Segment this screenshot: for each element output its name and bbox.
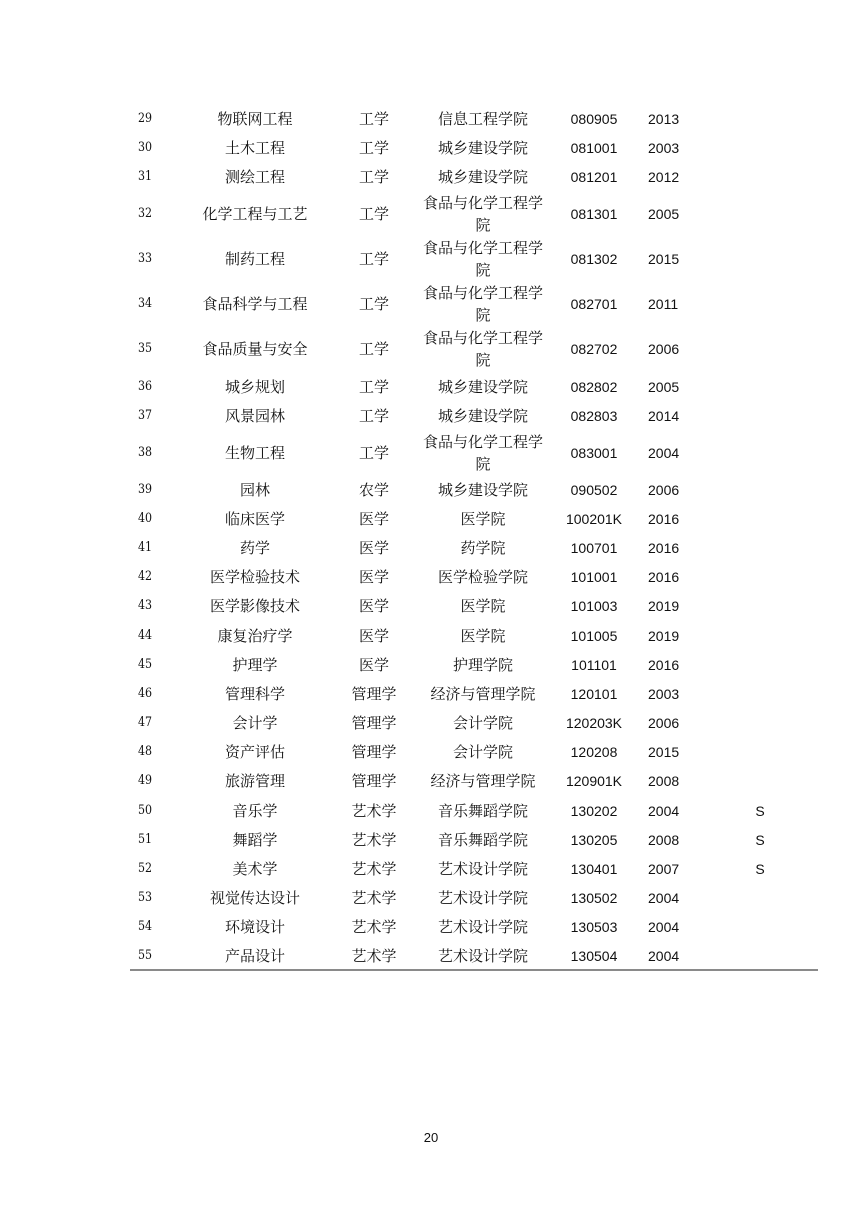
major-code: 081001 [558, 135, 630, 161]
table-row: 46 管理科学 管理学 经济与管理学院 120101 2003 [0, 681, 862, 707]
school-name: 食品与化学工程学院 [410, 237, 556, 281]
major-code: 082802 [558, 374, 630, 400]
row-number: 32 [138, 192, 172, 236]
discipline-category: 工学 [338, 135, 410, 161]
special-flag [740, 506, 780, 532]
start-year: 2019 [648, 623, 688, 649]
major-code: 100201K [558, 506, 630, 532]
school-name: 城乡建设学院 [410, 403, 556, 429]
table-row: 54 环境设计 艺术学 艺术设计学院 130503 2004 [0, 914, 862, 940]
row-number: 44 [138, 623, 172, 649]
major-code: 101003 [558, 593, 630, 619]
school-name: 艺术设计学院 [410, 943, 556, 969]
table-row: 37 风景园林 工学 城乡建设学院 082803 2014 [0, 403, 862, 429]
discipline-category: 艺术学 [338, 914, 410, 940]
major-name: 会计学 [175, 710, 335, 736]
major-name: 化学工程与工艺 [175, 192, 335, 236]
major-code: 082701 [558, 282, 630, 326]
school-name: 食品与化学工程学院 [410, 282, 556, 326]
start-year: 2012 [648, 164, 688, 190]
major-name: 风景园林 [175, 403, 335, 429]
row-number: 50 [138, 798, 172, 824]
row-number: 38 [138, 431, 172, 475]
school-name: 会计学院 [410, 710, 556, 736]
discipline-category: 管理学 [338, 739, 410, 765]
major-name: 医学检验技术 [175, 564, 335, 590]
discipline-category: 工学 [338, 106, 410, 132]
major-code: 130504 [558, 943, 630, 969]
row-number: 46 [138, 681, 172, 707]
start-year: 2014 [648, 403, 688, 429]
major-name: 土木工程 [175, 135, 335, 161]
start-year: 2005 [648, 192, 688, 236]
major-code: 081201 [558, 164, 630, 190]
discipline-category: 工学 [338, 403, 410, 429]
school-name: 医学院 [410, 506, 556, 532]
major-name: 食品科学与工程 [175, 282, 335, 326]
discipline-category: 管理学 [338, 681, 410, 707]
discipline-category: 工学 [338, 237, 410, 281]
start-year: 2006 [648, 477, 688, 503]
special-flag [740, 164, 780, 190]
row-number: 29 [138, 106, 172, 132]
major-name: 食品质量与安全 [175, 327, 335, 371]
major-name: 美术学 [175, 856, 335, 882]
school-name: 经济与管理学院 [410, 768, 556, 794]
major-code: 101005 [558, 623, 630, 649]
table-row: 31 测绘工程 工学 城乡建设学院 081201 2012 [0, 164, 862, 190]
special-flag [740, 135, 780, 161]
special-flag [740, 710, 780, 736]
discipline-category: 农学 [338, 477, 410, 503]
table-row: 44 康复治疗学 医学 医学院 101005 2019 [0, 623, 862, 649]
discipline-category: 艺术学 [338, 827, 410, 853]
school-name: 城乡建设学院 [410, 135, 556, 161]
special-flag [740, 535, 780, 561]
row-number: 37 [138, 403, 172, 429]
start-year: 2004 [648, 431, 688, 475]
school-name: 食品与化学工程学院 [410, 431, 556, 475]
special-flag [740, 431, 780, 475]
special-flag [740, 237, 780, 281]
major-code: 083001 [558, 431, 630, 475]
major-name: 测绘工程 [175, 164, 335, 190]
discipline-category: 医学 [338, 623, 410, 649]
major-code: 081302 [558, 237, 630, 281]
school-name: 城乡建设学院 [410, 164, 556, 190]
major-code: 090502 [558, 477, 630, 503]
special-flag: S [740, 798, 780, 824]
major-code: 101101 [558, 652, 630, 678]
major-name: 舞蹈学 [175, 827, 335, 853]
major-name: 护理学 [175, 652, 335, 678]
table-row: 33 制药工程 工学 食品与化学工程学院 081302 2015 [0, 237, 862, 281]
discipline-category: 工学 [338, 164, 410, 190]
row-number: 40 [138, 506, 172, 532]
major-name: 音乐学 [175, 798, 335, 824]
table-row: 38 生物工程 工学 食品与化学工程学院 083001 2004 [0, 431, 862, 475]
school-name: 食品与化学工程学院 [410, 327, 556, 371]
table-row: 36 城乡规划 工学 城乡建设学院 082802 2005 [0, 374, 862, 400]
row-number: 34 [138, 282, 172, 326]
school-name: 会计学院 [410, 739, 556, 765]
table-row: 47 会计学 管理学 会计学院 120203K 2006 [0, 710, 862, 736]
row-number: 51 [138, 827, 172, 853]
table-row: 51 舞蹈学 艺术学 音乐舞蹈学院 130205 2008 S [0, 827, 862, 853]
major-code: 130401 [558, 856, 630, 882]
table-row: 45 护理学 医学 护理学院 101101 2016 [0, 652, 862, 678]
table-row: 50 音乐学 艺术学 音乐舞蹈学院 130202 2004 S [0, 798, 862, 824]
special-flag [740, 106, 780, 132]
row-number: 41 [138, 535, 172, 561]
start-year: 2007 [648, 856, 688, 882]
special-flag: S [740, 856, 780, 882]
major-code: 130202 [558, 798, 630, 824]
start-year: 2004 [648, 914, 688, 940]
discipline-category: 医学 [338, 535, 410, 561]
major-name: 康复治疗学 [175, 623, 335, 649]
discipline-category: 艺术学 [338, 943, 410, 969]
school-name: 医学院 [410, 593, 556, 619]
major-code: 130502 [558, 885, 630, 911]
start-year: 2003 [648, 135, 688, 161]
special-flag [740, 914, 780, 940]
special-flag [740, 943, 780, 969]
major-name: 园林 [175, 477, 335, 503]
major-name: 临床医学 [175, 506, 335, 532]
major-code: 120901K [558, 768, 630, 794]
major-code: 120203K [558, 710, 630, 736]
table-row: 55 产品设计 艺术学 艺术设计学院 130504 2004 [0, 943, 862, 969]
discipline-category: 艺术学 [338, 856, 410, 882]
school-name: 护理学院 [410, 652, 556, 678]
discipline-category: 工学 [338, 327, 410, 371]
start-year: 2004 [648, 943, 688, 969]
special-flag [740, 681, 780, 707]
row-number: 42 [138, 564, 172, 590]
page-number: 20 [0, 1130, 862, 1145]
special-flag [740, 327, 780, 371]
discipline-category: 艺术学 [338, 885, 410, 911]
row-number: 43 [138, 593, 172, 619]
start-year: 2008 [648, 827, 688, 853]
start-year: 2015 [648, 237, 688, 281]
discipline-category: 管理学 [338, 768, 410, 794]
discipline-category: 艺术学 [338, 798, 410, 824]
table-row: 43 医学影像技术 医学 医学院 101003 2019 [0, 593, 862, 619]
major-name: 管理科学 [175, 681, 335, 707]
special-flag [740, 192, 780, 236]
school-name: 艺术设计学院 [410, 914, 556, 940]
special-flag [740, 623, 780, 649]
major-code: 130503 [558, 914, 630, 940]
table-bottom-rule [130, 969, 818, 971]
special-flag [740, 477, 780, 503]
major-name: 制药工程 [175, 237, 335, 281]
major-code: 120208 [558, 739, 630, 765]
major-name: 药学 [175, 535, 335, 561]
table-row: 49 旅游管理 管理学 经济与管理学院 120901K 2008 [0, 768, 862, 794]
school-name: 音乐舞蹈学院 [410, 798, 556, 824]
row-number: 52 [138, 856, 172, 882]
discipline-category: 医学 [338, 652, 410, 678]
table-row: 52 美术学 艺术学 艺术设计学院 130401 2007 S [0, 856, 862, 882]
discipline-category: 工学 [338, 192, 410, 236]
special-flag [740, 593, 780, 619]
table-row: 53 视觉传达设计 艺术学 艺术设计学院 130502 2004 [0, 885, 862, 911]
row-number: 45 [138, 652, 172, 678]
start-year: 2016 [648, 506, 688, 532]
discipline-category: 工学 [338, 374, 410, 400]
discipline-category: 医学 [338, 593, 410, 619]
discipline-category: 医学 [338, 564, 410, 590]
special-flag [740, 564, 780, 590]
major-code: 100701 [558, 535, 630, 561]
major-name: 医学影像技术 [175, 593, 335, 619]
row-number: 47 [138, 710, 172, 736]
start-year: 2004 [648, 885, 688, 911]
major-code: 082803 [558, 403, 630, 429]
row-number: 53 [138, 885, 172, 911]
row-number: 36 [138, 374, 172, 400]
start-year: 2016 [648, 564, 688, 590]
major-code: 101001 [558, 564, 630, 590]
table-row: 35 食品质量与安全 工学 食品与化学工程学院 082702 2006 [0, 327, 862, 371]
start-year: 2013 [648, 106, 688, 132]
row-number: 30 [138, 135, 172, 161]
start-year: 2003 [648, 681, 688, 707]
major-name: 视觉传达设计 [175, 885, 335, 911]
school-name: 艺术设计学院 [410, 885, 556, 911]
school-name: 城乡建设学院 [410, 477, 556, 503]
start-year: 2019 [648, 593, 688, 619]
discipline-category: 医学 [338, 506, 410, 532]
discipline-category: 管理学 [338, 710, 410, 736]
table-row: 42 医学检验技术 医学 医学检验学院 101001 2016 [0, 564, 862, 590]
special-flag [740, 282, 780, 326]
school-name: 医学检验学院 [410, 564, 556, 590]
discipline-category: 工学 [338, 431, 410, 475]
start-year: 2011 [648, 282, 688, 326]
major-name: 生物工程 [175, 431, 335, 475]
special-flag [740, 374, 780, 400]
major-code: 082702 [558, 327, 630, 371]
table-row: 48 资产评估 管理学 会计学院 120208 2015 [0, 739, 862, 765]
row-number: 33 [138, 237, 172, 281]
table-row: 40 临床医学 医学 医学院 100201K 2016 [0, 506, 862, 532]
school-name: 医学院 [410, 623, 556, 649]
major-name: 产品设计 [175, 943, 335, 969]
start-year: 2005 [648, 374, 688, 400]
special-flag [740, 403, 780, 429]
start-year: 2004 [648, 798, 688, 824]
start-year: 2016 [648, 652, 688, 678]
major-code: 120101 [558, 681, 630, 707]
start-year: 2015 [648, 739, 688, 765]
start-year: 2008 [648, 768, 688, 794]
major-name: 物联网工程 [175, 106, 335, 132]
major-name: 旅游管理 [175, 768, 335, 794]
school-name: 城乡建设学院 [410, 374, 556, 400]
major-name: 环境设计 [175, 914, 335, 940]
start-year: 2006 [648, 327, 688, 371]
row-number: 31 [138, 164, 172, 190]
row-number: 49 [138, 768, 172, 794]
discipline-category: 工学 [338, 282, 410, 326]
school-name: 药学院 [410, 535, 556, 561]
school-name: 音乐舞蹈学院 [410, 827, 556, 853]
row-number: 48 [138, 739, 172, 765]
table-row: 30 土木工程 工学 城乡建设学院 081001 2003 [0, 135, 862, 161]
school-name: 食品与化学工程学院 [410, 192, 556, 236]
table-row: 39 园林 农学 城乡建设学院 090502 2006 [0, 477, 862, 503]
start-year: 2016 [648, 535, 688, 561]
major-code: 130205 [558, 827, 630, 853]
special-flag [740, 885, 780, 911]
major-code: 081301 [558, 192, 630, 236]
school-name: 经济与管理学院 [410, 681, 556, 707]
special-flag: S [740, 827, 780, 853]
table-row: 29 物联网工程 工学 信息工程学院 080905 2013 [0, 106, 862, 132]
row-number: 39 [138, 477, 172, 503]
special-flag [740, 768, 780, 794]
special-flag [740, 739, 780, 765]
special-flag [740, 652, 780, 678]
major-name: 资产评估 [175, 739, 335, 765]
major-name: 城乡规划 [175, 374, 335, 400]
document-page: 29 物联网工程 工学 信息工程学院 080905 2013 30 土木工程 工… [0, 0, 862, 1219]
start-year: 2006 [648, 710, 688, 736]
table-row: 32 化学工程与工艺 工学 食品与化学工程学院 081301 2005 [0, 192, 862, 236]
school-name: 信息工程学院 [410, 106, 556, 132]
row-number: 54 [138, 914, 172, 940]
row-number: 35 [138, 327, 172, 371]
row-number: 55 [138, 943, 172, 969]
table-row: 41 药学 医学 药学院 100701 2016 [0, 535, 862, 561]
major-code: 080905 [558, 106, 630, 132]
school-name: 艺术设计学院 [410, 856, 556, 882]
table-row: 34 食品科学与工程 工学 食品与化学工程学院 082701 2011 [0, 282, 862, 326]
